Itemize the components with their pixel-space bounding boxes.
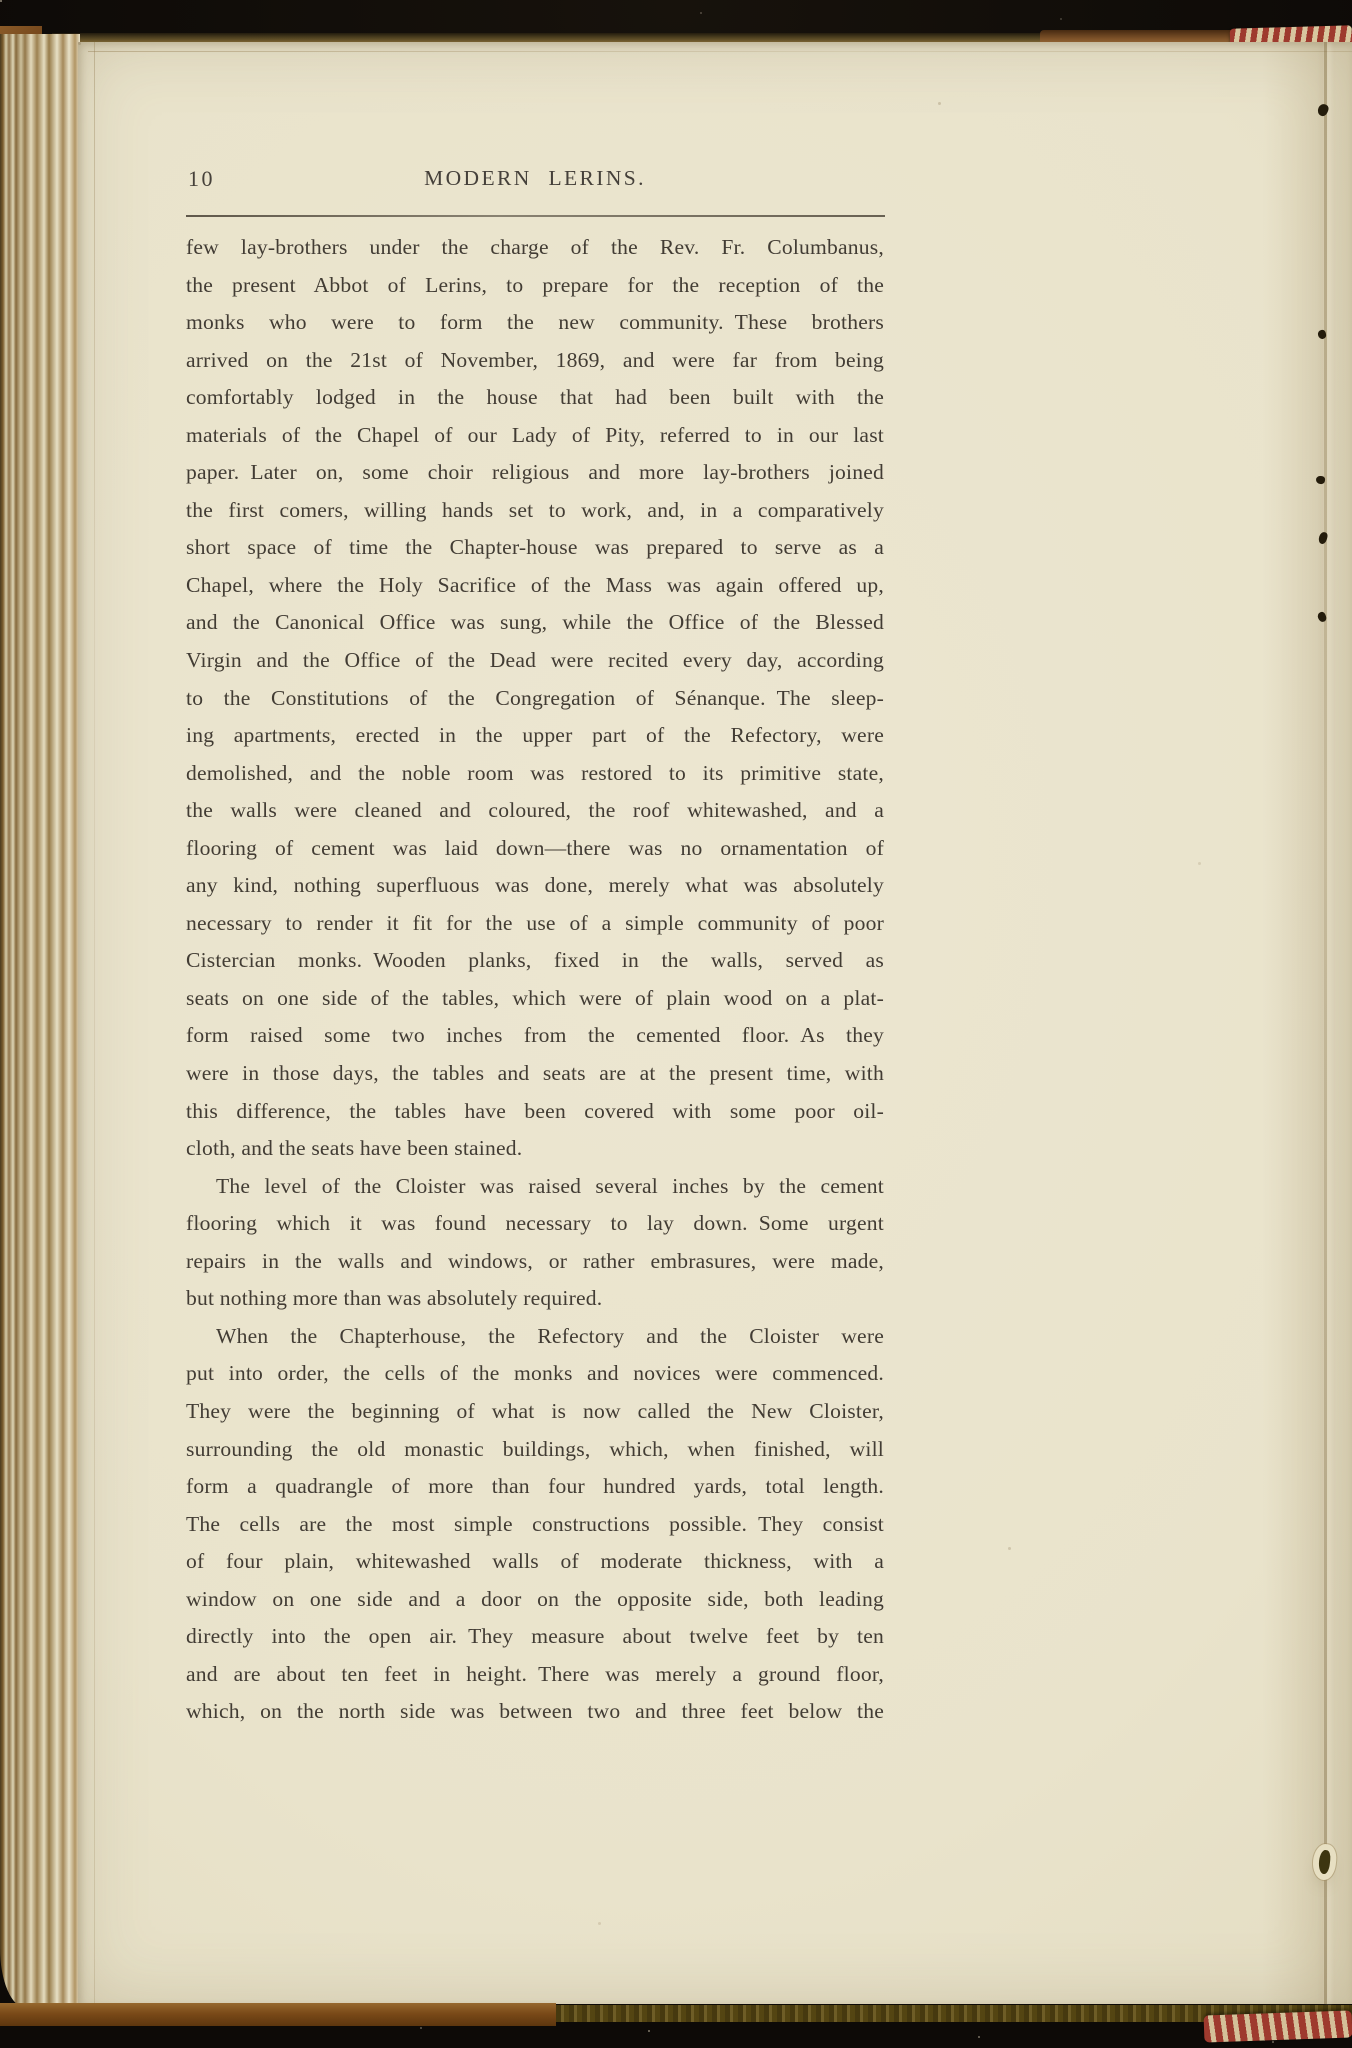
text-line: flooring of cement was laid down—there w… [186,830,884,868]
text-line: put into order, the cells of the monks a… [186,1355,884,1393]
text-line: ing apartments, erected in the upper par… [186,717,884,755]
text-line: paper. Later on, some choir religious an… [186,454,884,492]
gutter-shadow [1262,42,1352,2004]
text-line: this difference, the tables have been co… [186,1093,884,1131]
page-header: 10 MODERN LERINS. [186,166,884,196]
text-line: form raised some two inches from the cem… [186,1017,884,1055]
text-line: They were the beginning of what is now c… [186,1393,884,1431]
text-line: flooring which it was found necessary to… [186,1205,884,1243]
under-page-outline [88,51,1352,52]
text-line: seats on one side of the tables, which w… [186,980,884,1018]
text-line: any kind, nothing superfluous was done, … [186,867,884,905]
text-line: the present Abbot of Lerins, to prepare … [186,267,884,305]
text-line: monks who were to form the new community… [186,304,884,342]
text-line: comfortably lodged in the house that had… [186,379,884,417]
text-line: of four plain, whitewashed walls of mode… [186,1543,884,1581]
text-line: the walls were cleaned and coloured, the… [186,792,884,830]
text-line: were in those days, the tables and seats… [186,1055,884,1093]
text-line: and are about ten feet in height. There … [186,1656,884,1694]
text-line: The level of the Cloister was raised sev… [186,1168,884,1206]
book-page: 10 MODERN LERINS. few lay-brothers under… [78,42,1352,2004]
page-number: 10 [188,166,215,192]
text-line: arrived on the 21st of November, 1869, a… [186,342,884,380]
text-line: window on one side and a door on the opp… [186,1581,884,1619]
book-photo: 10 MODERN LERINS. few lay-brothers under… [0,0,1352,2048]
text-line: the first comers, willing hands set to w… [186,492,884,530]
text-line: short space of time the Chapter-house wa… [186,529,884,567]
text-line: materials of the Chapel of our Lady of P… [186,417,884,455]
header-rule [186,215,885,217]
running-title: MODERN LERINS. [186,166,884,191]
text-line: repairs in the walls and windows, or rat… [186,1243,884,1281]
bottom-headband [1204,2010,1352,2042]
text-line: Virgin and the Office of the Dead were r… [186,642,884,680]
text-line: The cells are the most simple constructi… [186,1506,884,1544]
foxing-specks [78,42,81,45]
dust-specks [0,0,2,2]
page-edge-stack [0,34,80,2008]
text-line: surrounding the old monastic buildings, … [186,1431,884,1469]
text-line: few lay-brothers under the charge of the… [186,229,884,267]
text-line: Chapel, where the Holy Sacrifice of the … [186,567,884,605]
text-line: necessary to render it fit for the use o… [186,905,884,943]
text-line: Cistercian monks. Wooden planks, fixed i… [186,942,884,980]
bottom-cover-edge [0,2003,556,2026]
under-page-outline [94,42,95,2004]
text-line: form a quadrangle of more than four hund… [186,1468,884,1506]
text-line: but nothing more than was absolutely req… [186,1280,884,1318]
text-line: When the Chapterhouse, the Refectory and… [186,1318,884,1356]
text-lines: few lay-brothers under the charge of the… [186,229,884,1731]
text-line: and the Canonical Office was sung, while… [186,604,884,642]
text-line: directly into the open air. They measure… [186,1618,884,1656]
text-line: which, on the north side was between two… [186,1693,884,1731]
text-line: cloth, and the seats have been stained. [186,1130,884,1168]
text-line: to the Constitutions of the Congregation… [186,680,884,718]
text-line: demolished, and the noble room was resto… [186,755,884,793]
